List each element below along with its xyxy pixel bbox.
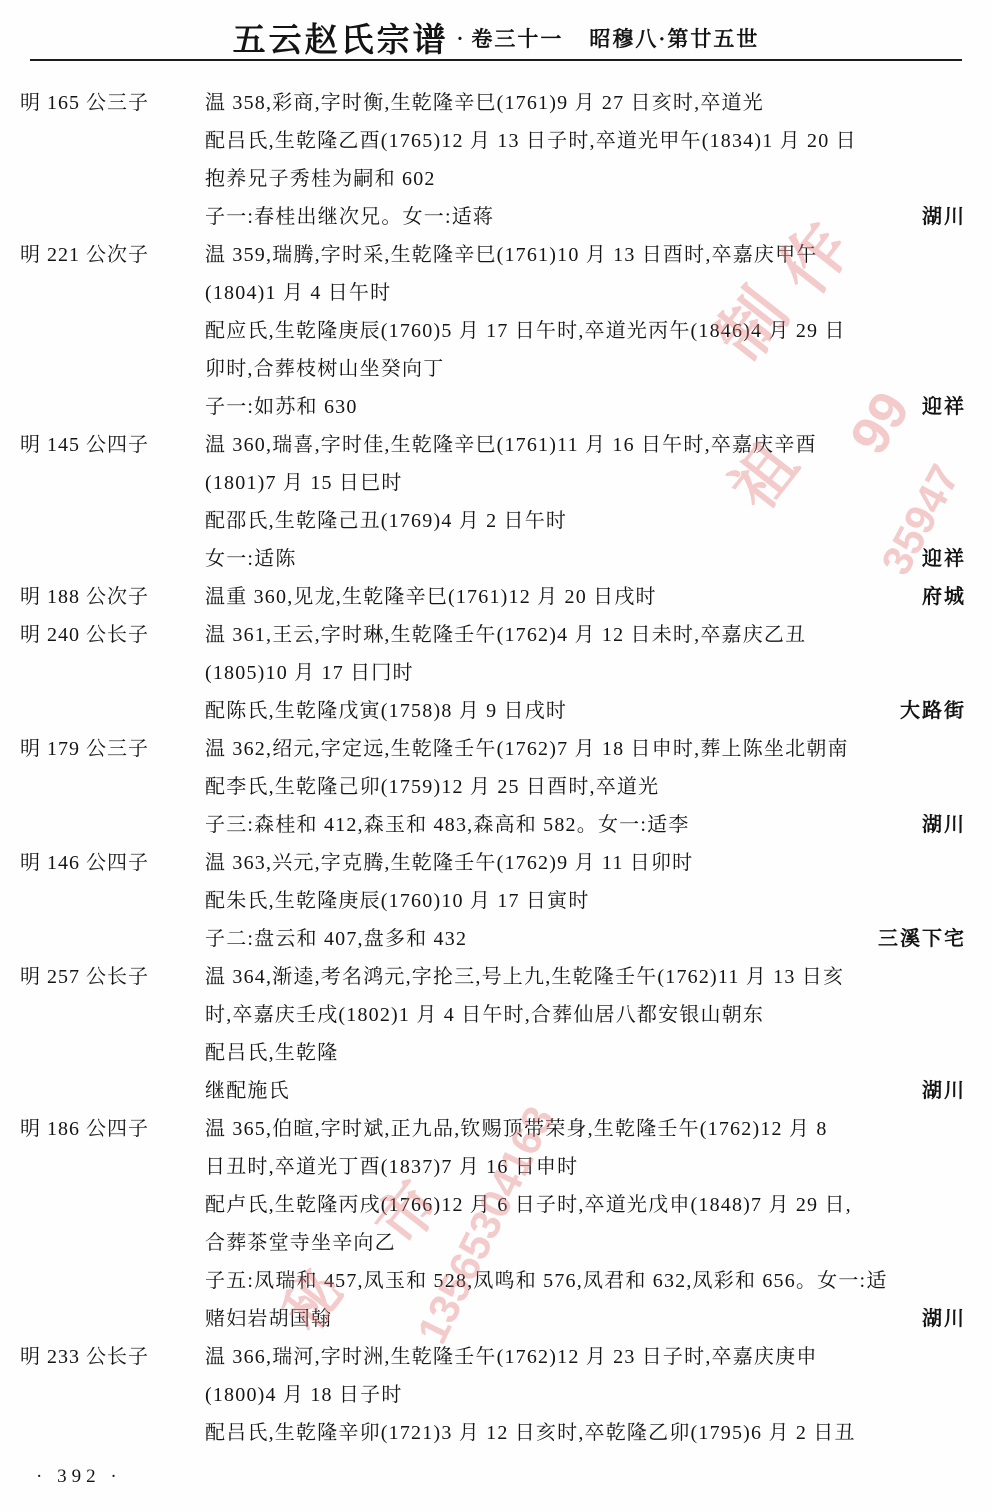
entry-line: 温 365,伯暄,字时斌,正九品,钦赐顶带荣身,生乾隆壬午(1762)12 月 … [205, 1110, 966, 1148]
entry-line-text: 女一:适陈 [205, 540, 297, 578]
entry-line-text: 子三:森桂和 412,森玉和 483,森高和 582。女一:适李 [205, 806, 690, 844]
entry-line-text: 配陈氏,生乾隆戊寅(1758)8 月 9 日戌时 [205, 692, 567, 730]
entry-line: 子五:凤瑞和 457,凤玉和 528,凤鸣和 576,凤君和 632,凤彩和 6… [205, 1262, 966, 1300]
entry-line-text: 温 366,瑞河,字时洲,生乾隆壬午(1762)12 月 23 日子时,卒嘉庆庚… [205, 1338, 818, 1376]
entry-line-text: 配应氏,生乾隆庚辰(1760)5 月 17 日午时,卒道光丙午(1846)4 月… [205, 312, 846, 350]
entry-line: 时,卒嘉庆壬戌(1802)1 月 4 日午时,合葬仙居八都安银山朝东 [205, 996, 966, 1034]
entry-line-text: 配卢氏,生乾隆丙戌(1766)12 月 6 日子时,卒道光戊申(1848)7 月… [205, 1186, 852, 1224]
entry-label: 明 186 公四子 [20, 1110, 205, 1148]
entry-label: 明 221 公次子 [20, 236, 205, 274]
entry-label: 明 165 公三子 [20, 84, 205, 122]
entry-line: 配吕氏,生乾隆 [205, 1034, 966, 1072]
entry-line-text: 配邵氏,生乾隆己丑(1769)4 月 2 日午时 [205, 502, 567, 540]
entry-line: 配应氏,生乾隆庚辰(1760)5 月 17 日午时,卒道光丙午(1846)4 月… [205, 312, 966, 350]
entry-content: 温 360,瑞喜,字时佳,生乾隆辛巳(1761)11 月 16 日午时,卒嘉庆辛… [205, 426, 966, 578]
entry-line-text: 温 362,绍元,字定远,生乾隆壬午(1762)7 月 18 日申时,葬上陈坐北… [205, 730, 849, 768]
entry-line: 子一:如苏和 630迎祥 [205, 388, 966, 426]
entry-line: 温 363,兴元,字克腾,生乾隆壬午(1762)9 月 11 日卯时 [205, 844, 966, 882]
entry-line: 卯时,合葬枝树山坐癸向丁 [205, 350, 966, 388]
entry-line: 配吕氏,生乾隆乙酉(1765)12 月 13 日子时,卒道光甲午(1834)1 … [205, 122, 966, 160]
entry-row: 明 257 公长子温 364,渐逵,考名鸿元,字抡三,号上九,生乾隆壬午(176… [20, 958, 966, 1110]
entry-label: 明 233 公长子 [20, 1338, 205, 1376]
entry-line: 配卢氏,生乾隆丙戌(1766)12 月 6 日子时,卒道光戊申(1848)7 月… [205, 1186, 966, 1224]
entry-line-text: (1800)4 月 18 日子时 [205, 1376, 403, 1414]
entry-line-text: 配吕氏,生乾隆 [205, 1034, 338, 1072]
place-tag: 府城 [922, 578, 966, 616]
place-tag: 大路街 [900, 692, 966, 730]
entry-line: 温 362,绍元,字定远,生乾隆壬午(1762)7 月 18 日申时,葬上陈坐北… [205, 730, 966, 768]
entry-line: 温重 360,见龙,生乾隆辛巳(1761)12 月 20 日戌时府城 [205, 578, 966, 616]
entry-line-text: 日丑时,卒道光丁酉(1837)7 月 16 日申时 [205, 1148, 578, 1186]
entry-line-text: 配吕氏,生乾隆乙酉(1765)12 月 13 日子时,卒道光甲午(1834)1 … [205, 122, 857, 160]
entry-line-text: 子一:如苏和 630 [205, 388, 358, 426]
entry-row: 明 165 公三子温 358,彩商,字时衡,生乾隆辛巳(1761)9 月 27 … [20, 84, 966, 236]
entry-label: 明 240 公长子 [20, 616, 205, 654]
entry-row: 明 188 公次子温重 360,见龙,生乾隆辛巳(1761)12 月 20 日戌… [20, 578, 966, 616]
entry-content: 温 359,瑞腾,字时采,生乾隆辛巳(1761)10 月 13 日酉时,卒嘉庆甲… [205, 236, 966, 426]
place-tag: 湖川 [922, 1300, 966, 1338]
entry-content: 温 362,绍元,字定远,生乾隆壬午(1762)7 月 18 日申时,葬上陈坐北… [205, 730, 966, 844]
entry-row: 明 145 公四子温 360,瑞喜,字时佳,生乾隆辛巳(1761)11 月 16… [20, 426, 966, 578]
page-number: · 392 · [36, 1466, 122, 1488]
entry-line-text: 温 360,瑞喜,字时佳,生乾隆辛巳(1761)11 月 16 日午时,卒嘉庆辛… [205, 426, 817, 464]
entry-line: 配朱氏,生乾隆庚辰(1760)10 月 17 日寅时 [205, 882, 966, 920]
entry-line-text: 卯时,合葬枝树山坐癸向丁 [205, 350, 444, 388]
entry-line: (1805)10 月 17 日冂时 [205, 654, 966, 692]
entry-line: (1800)4 月 18 日子时 [205, 1376, 966, 1414]
entry-line: 配陈氏,生乾隆戊寅(1758)8 月 9 日戌时大路街 [205, 692, 966, 730]
entry-row: 明 221 公次子温 359,瑞腾,字时采,生乾隆辛巳(1761)10 月 13… [20, 236, 966, 426]
entry-content: 温 365,伯暄,字时斌,正九品,钦赐顶带荣身,生乾隆壬午(1762)12 月 … [205, 1110, 966, 1338]
entry-line: 女一:适陈迎祥 [205, 540, 966, 578]
entry-label: 明 146 公四子 [20, 844, 205, 882]
entry-line: 温 366,瑞河,字时洲,生乾隆壬午(1762)12 月 23 日子时,卒嘉庆庚… [205, 1338, 966, 1376]
entry-line: 赌妇岩胡国翰湖川 [205, 1300, 966, 1338]
title-separator-dot: · [457, 28, 464, 50]
entry-line: 抱养兄子秀桂为嗣和 602 [205, 160, 966, 198]
volume-title: 卷三十一 [471, 27, 563, 51]
entry-line-text: 配李氏,生乾隆己卯(1759)12 月 25 日酉时,卒道光 [205, 768, 659, 806]
page-header: 五云赵氏宗谱·卷三十一昭穆八·第廿五世 [0, 14, 992, 61]
entry-line: 子一:春桂出继次兄。女一:适蒋湖川 [205, 198, 966, 236]
entry-row: 明 240 公长子温 361,王云,字时琳,生乾隆壬午(1762)4 月 12 … [20, 616, 966, 730]
entry-line-text: 子一:春桂出继次兄。女一:适蒋 [205, 198, 494, 236]
entry-label: 明 188 公次子 [20, 578, 205, 616]
entry-line: 配吕氏,生乾隆辛卯(1721)3 月 12 日亥时,卒乾隆乙卯(1795)6 月… [205, 1414, 966, 1452]
entry-line-text: 配朱氏,生乾隆庚辰(1760)10 月 17 日寅时 [205, 882, 590, 920]
entry-line: 温 360,瑞喜,字时佳,生乾隆辛巳(1761)11 月 16 日午时,卒嘉庆辛… [205, 426, 966, 464]
entry-content: 温 363,兴元,字克腾,生乾隆壬午(1762)9 月 11 日卯时配朱氏,生乾… [205, 844, 966, 958]
entry-line-text: 抱养兄子秀桂为嗣和 602 [205, 160, 436, 198]
place-tag: 三溪下宅 [878, 920, 966, 958]
entry-line-text: 温重 360,见龙,生乾隆辛巳(1761)12 月 20 日戌时 [205, 578, 657, 616]
entry-line-text: 继配施氏 [205, 1072, 290, 1110]
entry-line: 温 364,渐逵,考名鸿元,字抡三,号上九,生乾隆壬午(1762)11 月 13… [205, 958, 966, 996]
place-tag: 迎祥 [922, 388, 966, 426]
entry-line: 日丑时,卒道光丁酉(1837)7 月 16 日申时 [205, 1148, 966, 1186]
section-title: 昭穆八·第廿五世 [589, 27, 759, 51]
entry-line: 配邵氏,生乾隆己丑(1769)4 月 2 日午时 [205, 502, 966, 540]
header-divider [30, 59, 962, 61]
entry-line-text: 时,卒嘉庆壬戌(1802)1 月 4 日午时,合葬仙居八都安银山朝东 [205, 996, 764, 1034]
genealogy-page: 五云赵氏宗谱·卷三十一昭穆八·第廿五世 明 165 公三子温 358,彩商,字时… [0, 0, 992, 1512]
entry-line: 继配施氏湖川 [205, 1072, 966, 1110]
entry-line-text: 温 359,瑞腾,字时采,生乾隆辛巳(1761)10 月 13 日酉时,卒嘉庆甲… [205, 236, 818, 274]
entry-row: 明 179 公三子温 362,绍元,字定远,生乾隆壬午(1762)7 月 18 … [20, 730, 966, 844]
entry-content: 温重 360,见龙,生乾隆辛巳(1761)12 月 20 日戌时府城 [205, 578, 966, 616]
entry-label: 明 145 公四子 [20, 426, 205, 464]
entry-line-text: 温 365,伯暄,字时斌,正九品,钦赐顶带荣身,生乾隆壬午(1762)12 月 … [205, 1110, 828, 1148]
place-tag: 湖川 [922, 806, 966, 844]
entry-line-text: (1801)7 月 15 日巳时 [205, 464, 403, 502]
entries-list: 明 165 公三子温 358,彩商,字时衡,生乾隆辛巳(1761)9 月 27 … [20, 84, 966, 1452]
place-tag: 湖川 [922, 198, 966, 236]
entry-line: 子二:盘云和 407,盘多和 432三溪下宅 [205, 920, 966, 958]
entry-line-text: 温 364,渐逵,考名鸿元,字抡三,号上九,生乾隆壬午(1762)11 月 13… [205, 958, 844, 996]
entry-line-text: (1805)10 月 17 日冂时 [205, 654, 414, 692]
entry-line-text: 配吕氏,生乾隆辛卯(1721)3 月 12 日亥时,卒乾隆乙卯(1795)6 月… [205, 1414, 856, 1452]
entry-row: 明 146 公四子温 363,兴元,字克腾,生乾隆壬午(1762)9 月 11 … [20, 844, 966, 958]
entry-label: 明 257 公长子 [20, 958, 205, 996]
entry-line-text: 子五:凤瑞和 457,凤玉和 528,凤鸣和 576,凤君和 632,凤彩和 6… [205, 1262, 888, 1300]
entry-content: 温 366,瑞河,字时洲,生乾隆壬午(1762)12 月 23 日子时,卒嘉庆庚… [205, 1338, 966, 1452]
entry-content: 温 358,彩商,字时衡,生乾隆辛巳(1761)9 月 27 日亥时,卒道光配吕… [205, 84, 966, 236]
entry-row: 明 233 公长子温 366,瑞河,字时洲,生乾隆壬午(1762)12 月 23… [20, 1338, 966, 1452]
entry-line: 温 359,瑞腾,字时采,生乾隆辛巳(1761)10 月 13 日酉时,卒嘉庆甲… [205, 236, 966, 274]
entry-line: 合葬茶堂寺坐辛向乙 [205, 1224, 966, 1262]
entry-label: 明 179 公三子 [20, 730, 205, 768]
entry-line: 配李氏,生乾隆己卯(1759)12 月 25 日酉时,卒道光 [205, 768, 966, 806]
entry-line-text: (1804)1 月 4 日午时 [205, 274, 391, 312]
entry-line-text: 合葬茶堂寺坐辛向乙 [205, 1224, 396, 1262]
entry-line: 温 361,王云,字时琳,生乾隆壬午(1762)4 月 12 日未时,卒嘉庆乙丑 [205, 616, 966, 654]
entry-row: 明 186 公四子温 365,伯暄,字时斌,正九品,钦赐顶带荣身,生乾隆壬午(1… [20, 1110, 966, 1338]
entry-line-text: 温 361,王云,字时琳,生乾隆壬午(1762)4 月 12 日未时,卒嘉庆乙丑 [205, 616, 806, 654]
place-tag: 湖川 [922, 1072, 966, 1110]
entry-line: (1804)1 月 4 日午时 [205, 274, 966, 312]
place-tag: 迎祥 [922, 540, 966, 578]
entry-line-text: 温 358,彩商,字时衡,生乾隆辛巳(1761)9 月 27 日亥时,卒道光 [205, 84, 764, 122]
entry-line-text: 温 363,兴元,字克腾,生乾隆壬午(1762)9 月 11 日卯时 [205, 844, 693, 882]
entry-line: 子三:森桂和 412,森玉和 483,森高和 582。女一:适李湖川 [205, 806, 966, 844]
page-title: 五云赵氏宗谱 [233, 23, 449, 59]
entry-content: 温 364,渐逵,考名鸿元,字抡三,号上九,生乾隆壬午(1762)11 月 13… [205, 958, 966, 1110]
entry-line-text: 子二:盘云和 407,盘多和 432 [205, 920, 467, 958]
entry-content: 温 361,王云,字时琳,生乾隆壬午(1762)4 月 12 日未时,卒嘉庆乙丑… [205, 616, 966, 730]
entry-line: (1801)7 月 15 日巳时 [205, 464, 966, 502]
entry-line: 温 358,彩商,字时衡,生乾隆辛巳(1761)9 月 27 日亥时,卒道光 [205, 84, 966, 122]
entry-line-text: 赌妇岩胡国翰 [205, 1300, 332, 1338]
